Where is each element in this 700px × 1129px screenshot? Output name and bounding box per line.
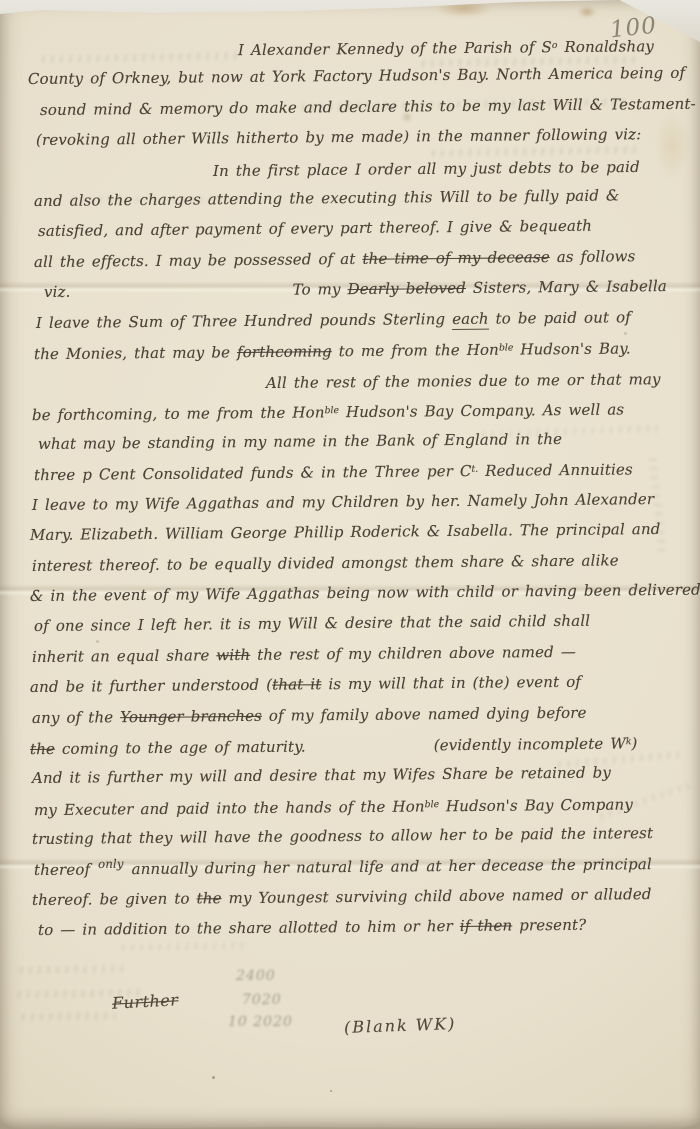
text-segment: I Alexander Kennedy of the Parish of S bbox=[238, 38, 552, 59]
text-segment: to be paid out of bbox=[489, 308, 631, 327]
text-segment: I leave the Sum of Three Hundred pounds … bbox=[36, 310, 452, 332]
stain bbox=[578, 6, 596, 18]
text-segment: Sisters, Mary & Isabella bbox=[466, 277, 667, 297]
text-segment: Hudson's Bay Company. As well as bbox=[339, 400, 624, 421]
blank-note: (Blank WK) bbox=[344, 1014, 457, 1037]
strike-text: forthcoming bbox=[237, 342, 332, 361]
text-segment: Hudson's Bay Company bbox=[439, 795, 633, 815]
text-segment: be forthcoming, to me from the Hon bbox=[32, 403, 325, 424]
text-segment: annually during her natural life and at … bbox=[125, 855, 652, 878]
strike-text: that it bbox=[272, 675, 321, 693]
text-segment: (revoking all other Wills hitherto by me… bbox=[36, 125, 642, 149]
text-segment: satisfied, and after payment of every pa… bbox=[38, 217, 592, 240]
bleed-through-text bbox=[18, 965, 123, 974]
text-segment: is my will that in (the) event of bbox=[321, 673, 581, 693]
text-segment: & in the event of my Wife Aggathas being… bbox=[30, 581, 700, 605]
manuscript-page: 100 I Alexander Kennedy of the Parish of… bbox=[0, 0, 700, 1129]
text-segment: Mary. Elizabeth. William George Phillip … bbox=[30, 520, 661, 544]
text-segment: thereof. be given to bbox=[32, 889, 197, 909]
text-segment: what may be standing in my name in the B… bbox=[38, 430, 562, 453]
sup-text: ble bbox=[499, 342, 514, 353]
text-segment: three p Cent Consolidated funds & in the… bbox=[34, 462, 472, 484]
strike-text: if then bbox=[460, 917, 513, 936]
strike-text: the time of my decease bbox=[362, 248, 550, 268]
text-segment: interest thereof. to be equally divided … bbox=[32, 551, 619, 575]
text-segment: present? bbox=[512, 916, 586, 935]
manuscript-line: the Monies, that may be forthcoming to m… bbox=[34, 332, 686, 369]
text-segment: any of the bbox=[32, 708, 120, 727]
text-segment: Reduced Annuities bbox=[478, 461, 633, 480]
strike-text: the bbox=[197, 889, 222, 907]
strike-text: Dearly beloved bbox=[347, 279, 466, 298]
text-segment: Ronaldshay bbox=[557, 37, 654, 56]
text-segment: my Executer and paid into the hands of t… bbox=[34, 797, 425, 819]
text-segment: In the first place I order all my just d… bbox=[213, 157, 640, 179]
text-segment: ) bbox=[631, 734, 637, 752]
text-segment: Hudson's Bay. bbox=[513, 339, 631, 358]
text-segment: (evidently incomplete W bbox=[434, 734, 626, 754]
strike-text: with bbox=[216, 646, 250, 664]
underline-text: each bbox=[452, 309, 489, 329]
ghost-number: 10 2020 bbox=[228, 1014, 293, 1030]
ghost-number: 2400 bbox=[236, 968, 276, 984]
strike-text: Younger branches bbox=[120, 706, 262, 725]
speck bbox=[212, 1076, 215, 1079]
ghost-number: 7020 bbox=[242, 992, 282, 1008]
text-segment: inherit an equal share bbox=[32, 646, 217, 666]
manuscript-line: to — in addition to the share allotted t… bbox=[38, 909, 686, 946]
strike-text: the bbox=[30, 740, 55, 758]
further-note: Further bbox=[112, 990, 179, 1012]
text-segment: of my family above named dying before bbox=[262, 703, 587, 724]
text-segment: And it is further my will and desire tha… bbox=[32, 764, 611, 788]
text-segment: County of Orkney, but now at York Factor… bbox=[28, 64, 685, 88]
text-segment: sound mind & memory do make and declare … bbox=[40, 94, 696, 118]
text-segment: All the rest of the monies due to me or … bbox=[266, 371, 661, 393]
text-segment: the rest of my children above named — bbox=[250, 643, 576, 664]
text-segment: I leave to my Wife Aggathas and my Child… bbox=[32, 490, 654, 514]
text-segment: all the effects. I may be possessed of a… bbox=[34, 250, 363, 271]
text-segment: viz. bbox=[44, 283, 71, 301]
text-segment: and also the charges attending the execu… bbox=[34, 186, 620, 210]
text-segment: trusting that they will have the goodnes… bbox=[32, 824, 653, 848]
spacing-gap bbox=[71, 294, 293, 297]
text-segment: my Youngest surviving child above named … bbox=[222, 885, 652, 907]
insert-text: only bbox=[98, 848, 124, 879]
manuscript-text: I Alexander Kennedy of the Parish of So … bbox=[28, 34, 686, 946]
text-segment: to me from the Hon bbox=[332, 341, 499, 361]
text-segment: To my bbox=[292, 280, 347, 299]
stain bbox=[436, 0, 492, 17]
bleed-through-text bbox=[20, 1012, 115, 1021]
sup-text: ble bbox=[325, 405, 340, 416]
text-segment: of one since I left her. it is my Will &… bbox=[34, 612, 590, 635]
text-segment: the Monies, that may be bbox=[34, 343, 237, 363]
speck bbox=[330, 1090, 332, 1092]
sup-text: ble bbox=[425, 799, 440, 810]
text-segment: thereof bbox=[34, 860, 97, 879]
text-segment: as follows bbox=[550, 247, 636, 266]
manuscript-line: (revoking all other Wills hitherto by me… bbox=[36, 119, 686, 156]
text-segment: coming to the age of maturity. bbox=[55, 738, 306, 758]
spacing-gap bbox=[306, 749, 434, 751]
text-segment: to — in addition to the share allotted t… bbox=[38, 917, 460, 939]
text-segment: and be it further understood ( bbox=[30, 676, 272, 696]
